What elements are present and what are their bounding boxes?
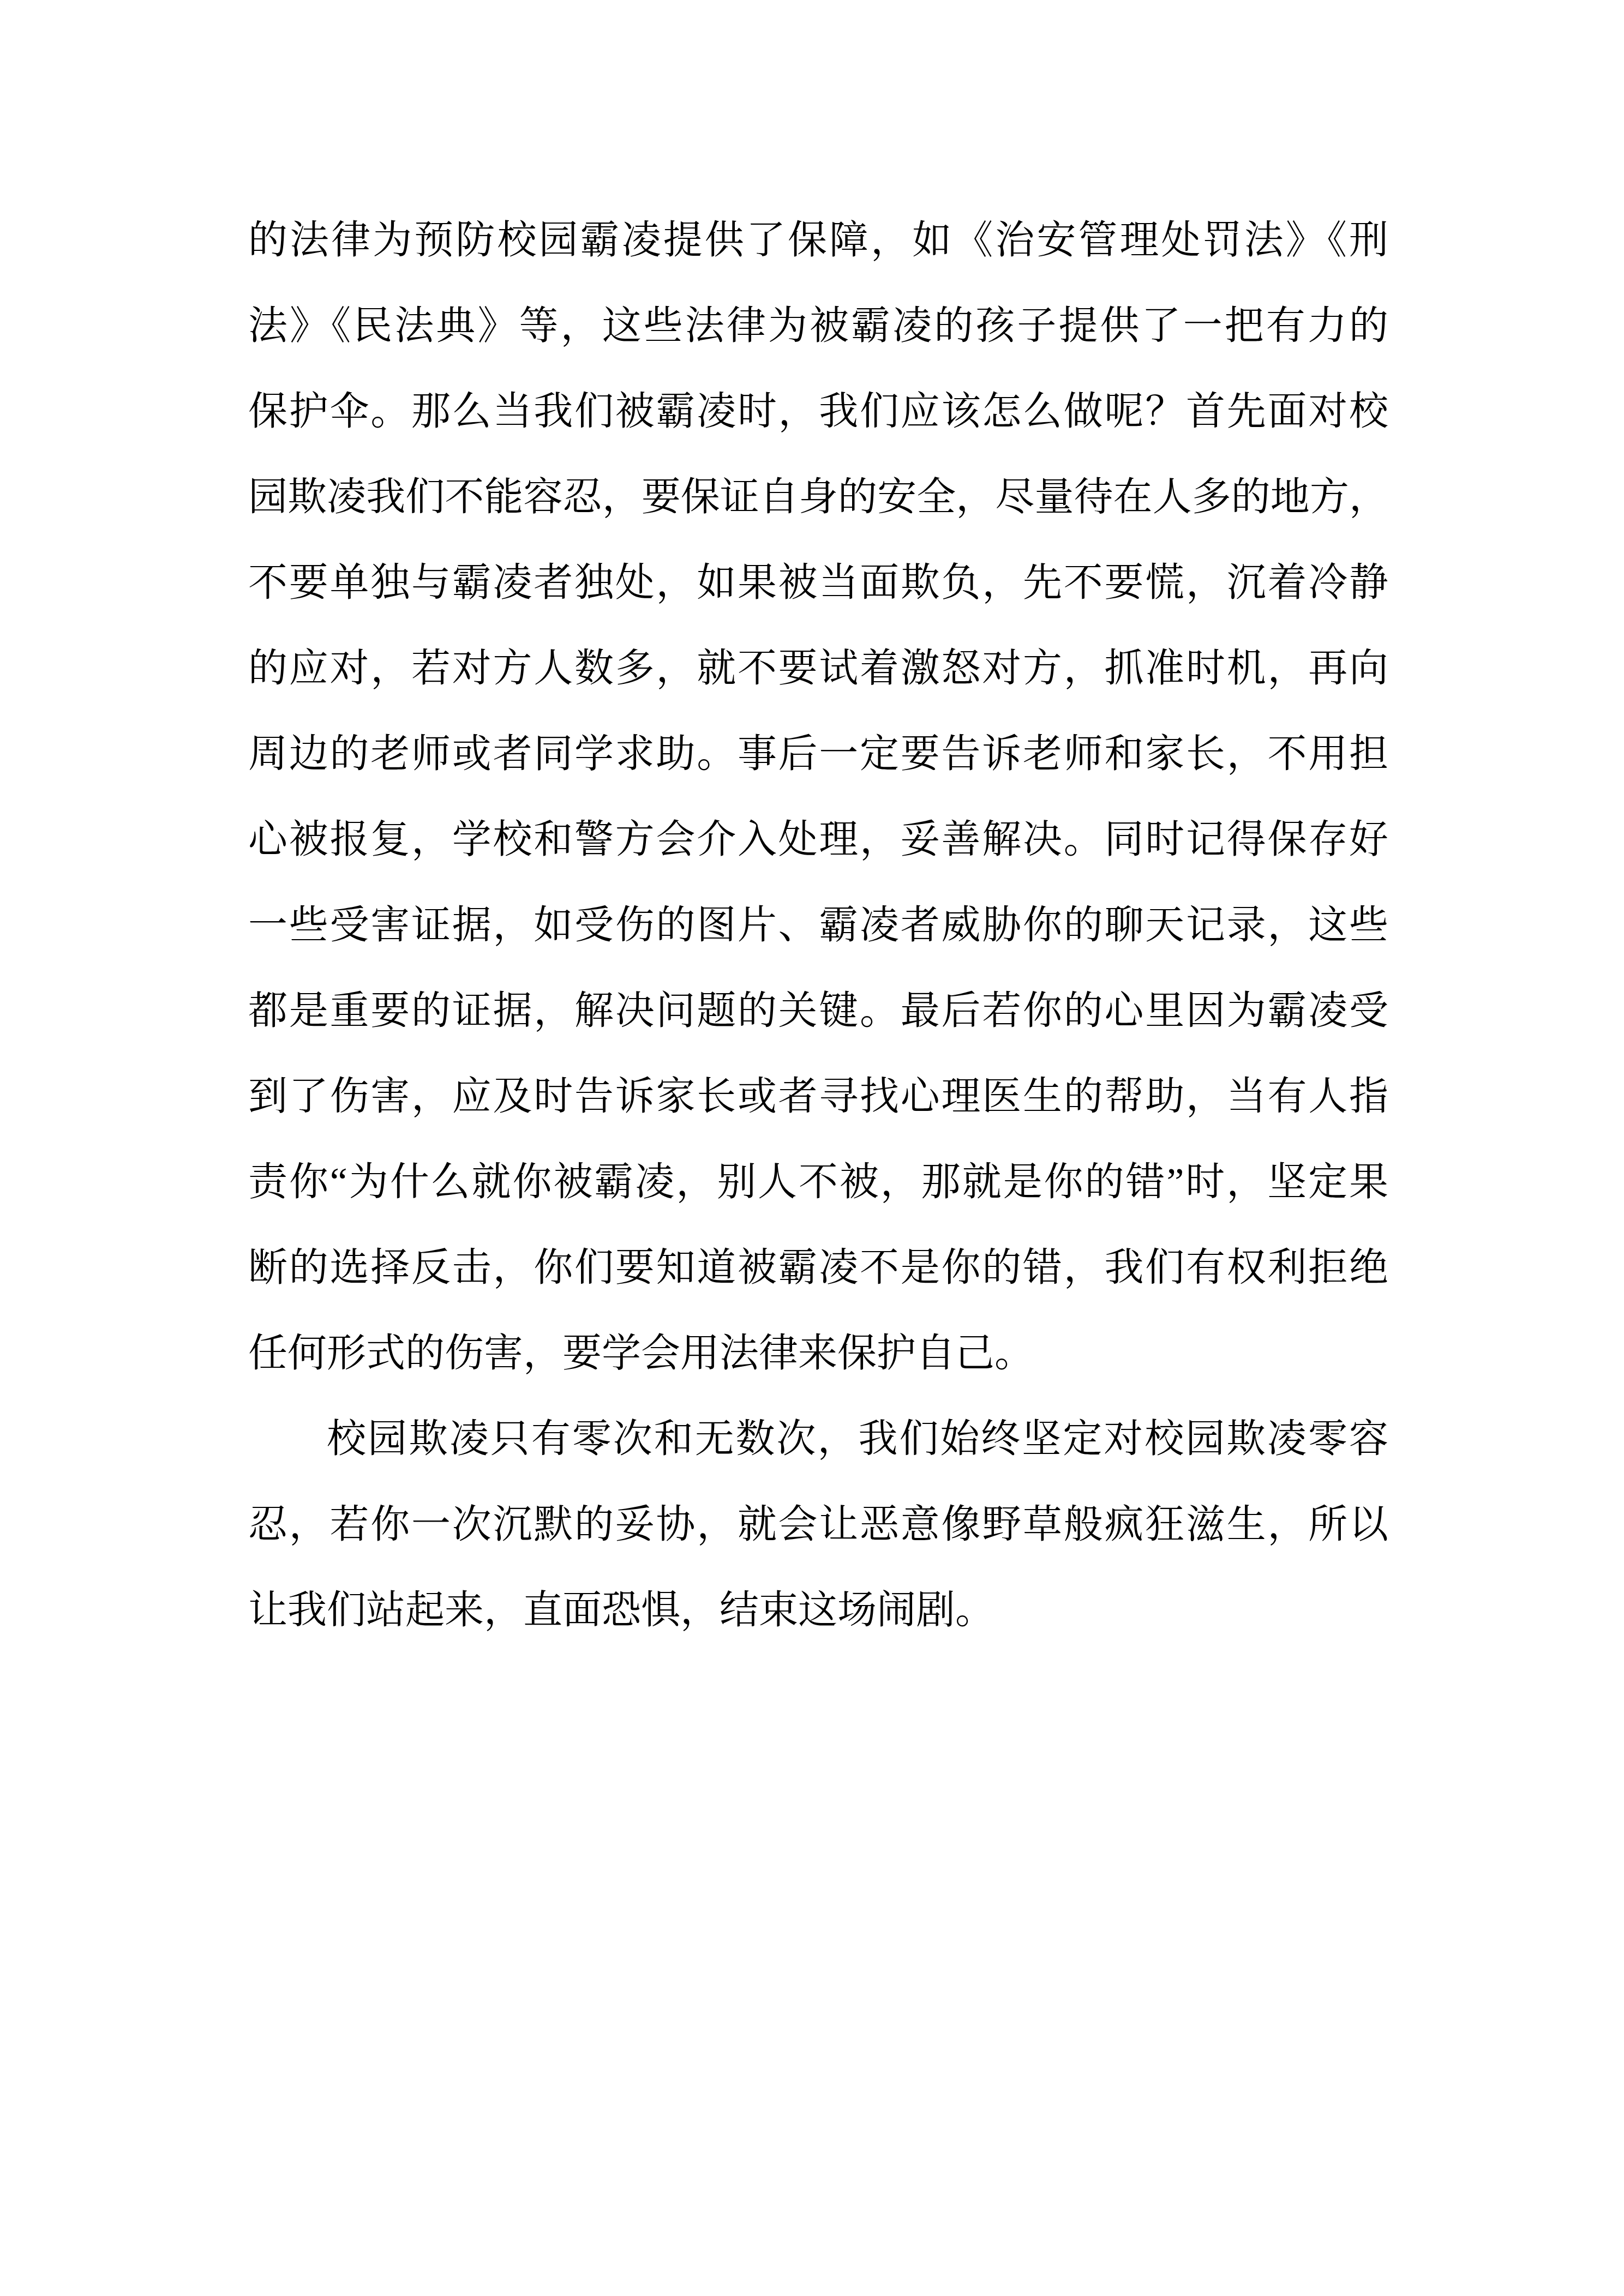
- text-line: 法》《民法典》等，这些法律为被霸凌的孩子提供了一把有力的: [248, 283, 1388, 369]
- text-line: 都是重要的证据，解决问题的关键。最后若你的心里因为霸凌受: [248, 968, 1388, 1054]
- text-line: 园欺凌我们不能容忍，要保证自身的安全，尽量待在人多的地方，: [248, 454, 1388, 540]
- text-line: 断的选择反击，你们要知道被霸凌不是你的错，我们有权利拒绝: [248, 1225, 1388, 1311]
- text-line: 一些受害证据，如受伤的图片、霸凌者威胁你的聊天记录，这些: [248, 882, 1388, 968]
- text-line: 的应对，若对方人数多，就不要试着激怒对方，抓准时机，再向: [248, 626, 1388, 711]
- text-line: 忍，若你一次沉默的妥协，就会让恶意像野草般疯狂滋生，所以: [248, 1482, 1388, 1567]
- text-line: 不要单独与霸凌者独处，如果被当面欺负，先不要慌，沉着冷静: [248, 540, 1388, 626]
- text-line-paragraph-end: 让我们站起来，直面恐惧，结束这场闹剧。: [248, 1567, 1388, 1653]
- text-line: 保护伞。那么当我们被霸凌时，我们应该怎么做呢？首先面对校: [248, 369, 1388, 454]
- text-line: 到了伤害，应及时告诉家长或者寻找心理医生的帮助，当有人指: [248, 1054, 1388, 1139]
- text-line: 的法律为预防校园霸凌提供了保障，如《治安管理处罚法》《刑: [248, 197, 1388, 283]
- text-line: 责你“为什么就你被霸凌，别人不被，那就是你的错”时，坚定果: [248, 1139, 1388, 1225]
- text-line: 周边的老师或者同学求助。事后一定要告诉老师和家长，不用担: [248, 711, 1388, 797]
- text-line-paragraph-start: 校园欺凌只有零次和无数次，我们始终坚定对校园欺凌零容: [248, 1396, 1388, 1482]
- document-text-block: 的法律为预防校园霸凌提供了保障，如《治安管理处罚法》《刑 法》《民法典》等，这些…: [248, 197, 1388, 1653]
- document-page: 的法律为预防校园霸凌提供了保障，如《治安管理处罚法》《刑 法》《民法典》等，这些…: [0, 0, 1624, 2296]
- text-line: 心被报复，学校和警方会介入处理，妥善解决。同时记得保存好: [248, 797, 1388, 882]
- text-line-paragraph-end: 任何形式的伤害，要学会用法律来保护自己。: [248, 1311, 1388, 1396]
